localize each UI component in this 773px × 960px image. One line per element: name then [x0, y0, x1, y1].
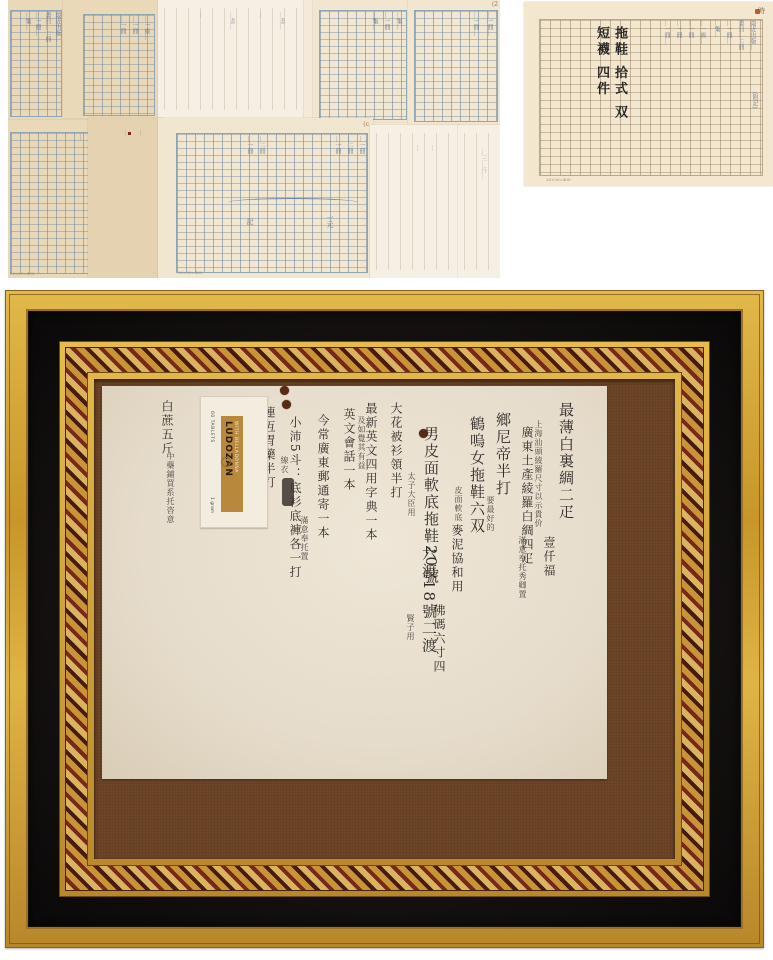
note-line: 壹仟福: [542, 536, 556, 578]
handwriting-column: …: [415, 145, 422, 151]
annotation: 一元: [326, 214, 333, 228]
handwriting-column: …集…: [24, 12, 31, 30]
note-line: 滿意奉托秀卿置: [518, 536, 527, 599]
handwriting-column: …: [138, 130, 145, 136]
manuscript-collage: 最近出版… 書目…二冊 …一冊… …集… …一級… …一冊 …一冊 …書… … …: [8, 0, 500, 278]
manuscript-sheet: (2 …一冊… …一冊…: [408, 0, 500, 125]
ink-blot: [282, 478, 294, 506]
handwriting-column: …: [78, 134, 85, 140]
manuscript-sheet: … …: [370, 125, 460, 278]
note-line: 線衣: [280, 456, 289, 474]
medicine-label: LUDOZAN WITH BELLADONNA 60 TABLETS 1 gra…: [200, 396, 268, 528]
handwriting-column: …一冊: [383, 12, 390, 30]
handwriting-column: …一冊…: [663, 20, 670, 44]
pin-hole: [280, 386, 289, 395]
frame-sight-edge: 最薄白裏綢二疋 壹仟福 上海汕頭綾羅尺寸以示貴价 廣東土產綾羅白綢四疋 滿意奉托…: [87, 372, 682, 866]
lined-paper: [464, 133, 494, 270]
note-line: 及如覺其有益: [357, 416, 366, 470]
handwriting-column: …二冊: [258, 136, 265, 154]
note-line: 白蔗五斤: [160, 400, 174, 456]
handwriting-column: 書目…二冊: [44, 12, 51, 42]
note-line: 最薄白裏綢二疋: [557, 402, 574, 521]
handwriting-column: …一冊…: [472, 12, 479, 36]
note-line: 要最好的: [486, 496, 495, 532]
grid-paper: [10, 132, 92, 274]
label-count: 60 TABLETS: [209, 411, 214, 443]
note-line: 今常廣東郵通寄一本: [316, 414, 330, 540]
label-weight: 1 gram: [209, 497, 214, 513]
handwriting-column: …一冊: [334, 136, 341, 154]
lined-paper: [376, 133, 454, 270]
page-number: (2: [492, 1, 498, 8]
note-line: 英文會話一本: [342, 408, 356, 492]
handwriting-column: …集…: [371, 12, 378, 30]
manuscript-sheet: …三…斤…: [458, 125, 500, 278]
handwriting-column: …書…: [228, 12, 235, 30]
manuscript-sheet: …集… …一冊 …集…: [313, 0, 408, 122]
note-line: 鶴嗚女拖鞋六双: [468, 416, 485, 535]
manuscript-title: 拖鞋 拾式 双: [612, 26, 627, 121]
sheet-footer-mark: 20×20=400: [10, 271, 35, 276]
page-mark: 時: [758, 6, 765, 16]
ink-stain: [128, 132, 131, 135]
handwriting-column: …一冊: [131, 16, 138, 34]
pin-hole: [282, 400, 291, 409]
handwriting-column: 最近出版…: [54, 12, 61, 42]
handwriting-column: …: [430, 145, 437, 151]
handwriting-column: …一冊: [246, 136, 253, 154]
note-line: 大花被衫領半打: [389, 402, 403, 500]
note-line: 最新英文四用字典一本: [364, 402, 378, 542]
gilt-picture-frame: 最薄白裏綢二疋 壹仟福 上海汕頭綾羅尺寸以示貴价 廣東土產綾羅白綢四疋 滿意奉托…: [5, 290, 764, 948]
handwriting-column: 書目…二冊: [737, 20, 744, 50]
note-line: 太子大臣用: [407, 472, 416, 517]
drawn-bracket: [228, 198, 358, 207]
handwriting-column: …: [198, 12, 205, 18]
manuscript-title: 短襪 四件: [594, 26, 609, 98]
grid-paper: [319, 10, 407, 120]
manuscript-sheet: …一級… …一冊 …一冊: [63, 0, 161, 118]
handwriting-column: …: [258, 12, 265, 18]
note-line: 上海汕頭綾羅尺寸以示貴价: [534, 420, 543, 528]
note-line: 賢子用: [406, 614, 415, 641]
note-line: 皮面軟底: [454, 486, 463, 522]
handwriting-column: 最近出版…: [749, 20, 756, 50]
handwriting-column: …三…斤…: [480, 149, 487, 179]
frame-inner-gilt-lip: 最薄白裏綢二疋 壹仟福 上海汕頭綾羅尺寸以示貴价 廣東土產綾羅白綢四疋 滿意奉托…: [59, 341, 710, 897]
handwriting-column: …一冊…: [34, 12, 41, 36]
manuscript-sheet: (c …一冊 …二冊 …一冊 …二冊 …一冊 記 一元 20×20=400: [158, 118, 373, 278]
linen-mat: 最薄白裏綢二疋 壹仟福 上海汕頭綾羅尺寸以示貴价 廣東土產綾羅白綢四疋 滿意奉托…: [94, 379, 675, 859]
note-line: 鄉尼帝半打: [494, 412, 511, 497]
handwriting-column: …一冊…: [725, 20, 732, 44]
note-line: 麥泥協和用: [450, 524, 464, 594]
handwriting-column: …一冊…: [486, 12, 493, 36]
handwriting-column: …集…: [713, 20, 720, 38]
handwriting-column: …二冊: [346, 136, 353, 154]
handwriting-column: …書…: [278, 12, 285, 30]
manuscript-sheet-detail: 時 拖鞋 拾式 双 短襪 四件 最近出版… 書目…二冊 …一冊… …集… …一級…: [524, 2, 773, 186]
sheet-footer-mark: 20×20=400: [178, 270, 203, 275]
annotation: 記: [246, 218, 253, 225]
frame-carved-foliate-band: 最薄白裏綢二疋 壹仟福 上海汕頭綾羅尺寸以示貴价 廣東土產綾羅白綢四疋 滿意奉托…: [65, 347, 704, 891]
note-line: 中藥鋪買系托咨意: [166, 452, 175, 524]
handwriting-column: …一級…: [143, 16, 150, 40]
page-number: (c: [363, 121, 369, 128]
handwriting-column: …集…: [395, 12, 402, 30]
label-brand: LUDOZAN: [223, 421, 233, 477]
manuscript-sheet: … …: [88, 118, 163, 278]
note-line: 六渡18號二渡: [420, 546, 437, 654]
manuscript-sheet: … 20×20=400: [8, 120, 98, 278]
handwriting-column: …一冊: [687, 20, 694, 38]
handwriting-column: …一冊: [358, 136, 365, 154]
handwritten-note: 最薄白裏綢二疋 壹仟福 上海汕頭綾羅尺寸以示貴价 廣東土產綾羅白綢四疋 滿意奉托…: [102, 386, 607, 779]
handwriting-column: …一級…: [699, 20, 706, 44]
manuscript-sheet: …書… … …書… …: [158, 0, 303, 118]
label-subtitle: WITH BELLADONNA: [233, 421, 238, 473]
sheet-footer-mark: 20×20=400: [546, 177, 571, 182]
handwriting-column: …一冊: [675, 20, 682, 38]
label-seal-icon: [221, 457, 231, 467]
handwriting-column: (附記): [751, 92, 758, 109]
handwriting-column: …一冊: [119, 16, 126, 34]
